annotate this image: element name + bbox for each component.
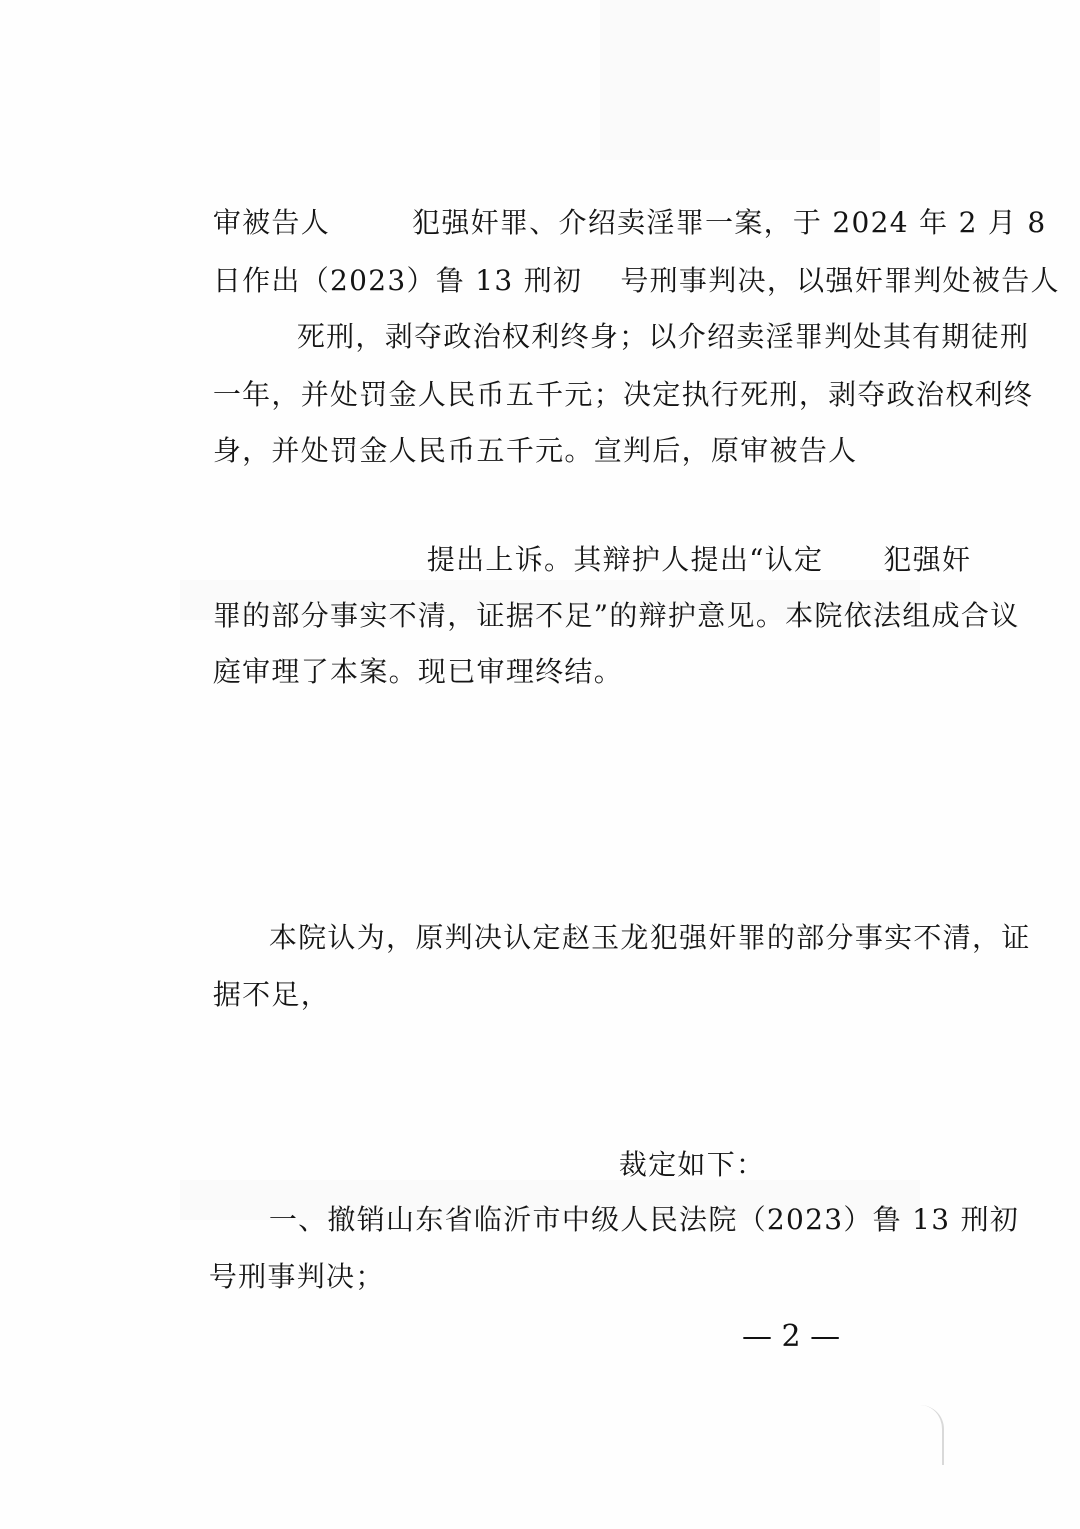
text-segment: 号刑事判决； [209, 1260, 385, 1293]
scan-show-through [600, 0, 880, 160]
text-segment: 身，并处罚金人民币五千元。宣判后，原审被告人 [213, 434, 858, 467]
ruling-item-1-line-2: 号刑事判决； [168, 1217, 385, 1337]
paragraph-1-line-5: 身，并处罚金人民币五千元。宣判后，原审被告人 [172, 391, 857, 511]
paragraph-3-line-1: 本院认为，原判决认定赵玉龙犯强奸罪的部分事实不清，证 [228, 878, 1031, 998]
page-number: — 2 — [742, 1317, 840, 1357]
paragraph-2-line-3: 庭审理了本案。现已审理终结。 [172, 612, 623, 732]
text-segment: 庭审理了本案。现已审理终结。 [213, 655, 623, 688]
scan-artifact-mark [920, 1405, 944, 1465]
paragraph-3-line-2: 据不足， [172, 935, 330, 1055]
text-segment: 据不足， [213, 978, 330, 1011]
document-page: 审被告人犯强奸罪、介绍卖淫罪一案，于 2024 年 2 月 8 日作出（2023… [0, 0, 1080, 1529]
text-segment: 本院认为，原判决认定赵玉龙犯强奸罪的部分事实不清，证 [269, 921, 1031, 954]
